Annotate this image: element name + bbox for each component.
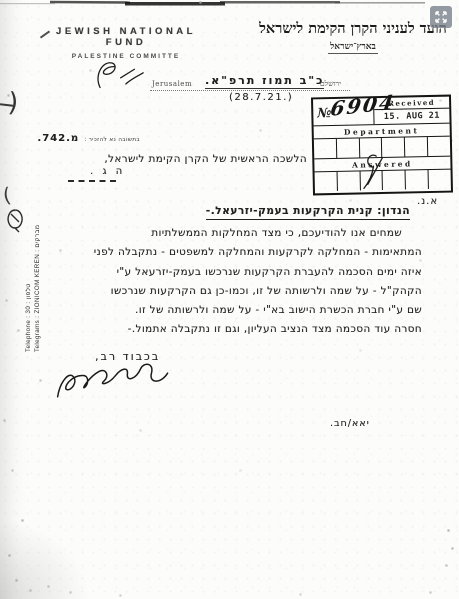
gregorian-date: (28.7.21.) <box>229 92 293 103</box>
letterhead-hebrew: הועד לעניני הקרן הקימת לישראל בארץ־ישראל <box>258 20 448 52</box>
margin-contact-info: Telephone : 30 : טלפון Telegrams : ZIONI… <box>24 232 42 352</box>
stamp-cell <box>429 170 451 189</box>
salutation: א.נ. <box>417 196 438 207</box>
signature-handwritten <box>48 349 177 412</box>
stamp-cell <box>405 137 428 156</box>
reference-line: בתשובה נא להזכיר : מ.742. <box>14 126 140 145</box>
recipient-abbreviation: ה ג . <box>90 166 125 177</box>
body-paragraph: שמחים אנו להודיעכם, כי מצד המחלקות הממשל… <box>94 224 422 340</box>
stamp-cell <box>314 139 337 158</box>
body-line: המתאימות - המחלקה לקרקעות והמחלקה למשפטי… <box>94 243 422 262</box>
typist-initials: יאא/חב. <box>330 418 370 429</box>
received-stamp: № Received 15. AUG 21 Department Answere… <box>311 95 453 196</box>
body-line: הקהק"ל - על שמה ולרשותה של זו, וכמו-כן ג… <box>94 282 422 301</box>
org-name-hebrew: הועד לעניני הקרן הקימת לישראל <box>258 20 448 38</box>
scan-streak-top <box>0 0 459 9</box>
expand-icon <box>433 9 449 25</box>
pen-paren-mark: ) <box>7 88 19 119</box>
body-line: איזה ימים הסכמה להעברת הקרקעות שנרכשו בע… <box>94 263 422 282</box>
stamp-cell <box>315 172 338 191</box>
org-name-english: JEWISH NATIONAL FUND <box>38 26 214 48</box>
place-english: Jerusalem <box>152 80 192 88</box>
reference-label: בתשובה נא להזכיר : <box>84 137 140 143</box>
dotted-rule <box>150 90 350 91</box>
body-line: שמחים אנו להודיעכם, כי מצד המחלקות הממשל… <box>94 224 422 243</box>
hebrew-date: כ"ב תמוז תרפ"א. <box>205 74 324 89</box>
dashed-underline <box>68 180 116 182</box>
expand-button[interactable] <box>430 6 452 28</box>
scan-haze-corner <box>0 520 90 599</box>
body-line: שם ע"י חברת הכשרת הישוב בא"י - על שמה ול… <box>94 301 422 320</box>
answered-mark-handwritten <box>356 150 389 191</box>
telephone-line: Telephone : 30 : טלפון <box>24 232 33 352</box>
stamp-cell <box>428 137 450 156</box>
body-line: חסרה עוד הסכמה מצד הנציב העליון, וגם זו … <box>94 320 422 339</box>
reference-number: מ.742. <box>37 133 79 144</box>
place-hebrew: ירושלם <box>320 79 341 88</box>
telegrams-line: Telegrams : ZIONICOM KEREN : מברקים <box>33 232 42 352</box>
scanned-letter-page: ) ( JEWISH NATIONAL FUND PALESTINE COMMI… <box>0 0 459 599</box>
region-hebrew: בארץ־ישראל <box>258 41 448 52</box>
recipient-line: הלשכה הראשית של הקרן הקימת לישראל, <box>104 153 307 165</box>
pen-circle-scribble <box>4 205 26 233</box>
subject-line: הנדון: קנית הקרקעות בעמק-יזרעאל.- <box>206 205 410 220</box>
scan-speckles <box>0 0 1 1</box>
stamp-cell <box>406 170 429 189</box>
